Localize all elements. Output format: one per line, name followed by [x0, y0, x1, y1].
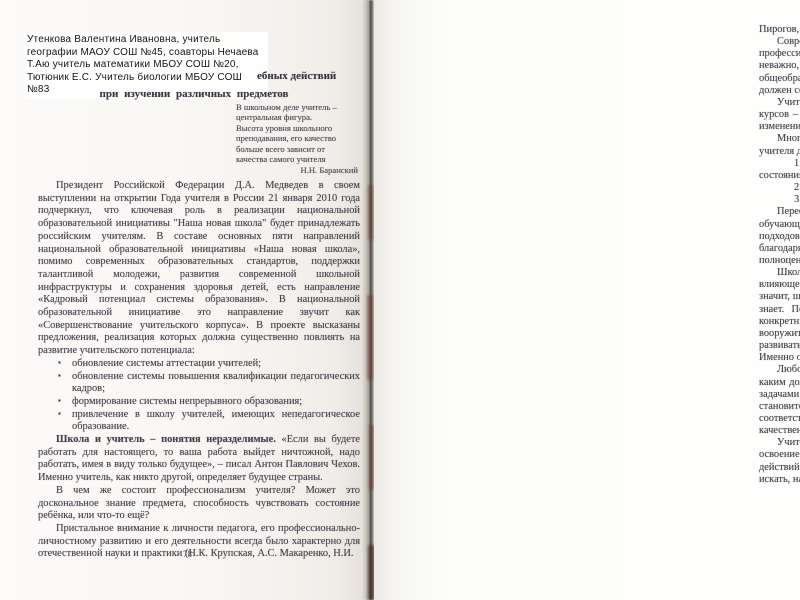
author-overlay-line: Т.Аю учитель математики МБОУ СОШ №20, — [27, 59, 239, 70]
paragraph: Учитель школы – это автор-разработчик пр… — [759, 97, 800, 133]
paragraph: Переориентация процесса обучения на новы… — [759, 206, 800, 267]
paragraph: Школа и учитель – понятия неразделимые. … — [38, 434, 360, 485]
bullet-item: обновление системы повышения квалификаци… — [72, 371, 360, 396]
article-title-fragment: ебных действий — [257, 70, 336, 82]
paragraph: Школа сегодня стремительно меняется. Гла… — [759, 267, 800, 364]
article-title-line2: при изучении различных предметов — [44, 88, 344, 100]
bullet-list: обновление системы аттестации учителей;о… — [38, 358, 360, 434]
author-overlay-line: Тютюник Е.С. Учитель биологии МБОУ СОШ — [27, 72, 242, 83]
bullet-item: формирование системы непрерывного образо… — [72, 396, 360, 409]
paragraph-bold-lead: Школа и учитель – понятия неразделимые. — [56, 434, 276, 445]
paragraph: Президент Российской Федерации Д.А. Медв… — [38, 180, 360, 358]
left-page-body: Президент Российской Федерации Д.А. Медв… — [38, 180, 360, 561]
paragraph: Любой учитель, идя на урок, несет в свое… — [759, 364, 800, 437]
epigraph-line: больше всего зависит от — [236, 144, 325, 154]
author-overlay-line: Утенкова Валентина Ивановна, учитель — [27, 34, 220, 45]
numbered-item: 3. быть мотивированным к совершенствован… — [759, 194, 800, 206]
numbered-item: 2. владеть передовыми методиками; — [759, 182, 800, 194]
paragraph: В чем же состоит профессионализм учителя… — [38, 485, 360, 523]
scan-artifact — [367, 295, 373, 380]
scan-artifact — [368, 185, 373, 240]
page-number-left: 78 — [183, 549, 192, 559]
epigraph-line: Высота уровня школьного — [236, 123, 332, 133]
epigraph-text: В школьном деле учитель –центральная фиг… — [236, 102, 358, 164]
author-overlay-line: географии МАОУ СОШ №45, соавторы Нечаева — [27, 47, 259, 58]
numbered-item: 1. осознавать имеющиеся у них недостатки… — [759, 158, 800, 182]
paragraph: Многолетний опыт подсказывает, что для с… — [759, 133, 800, 157]
epigraph-line: В школьном деле учитель – — [236, 102, 337, 112]
epigraph-line: центральная фигура. — [236, 112, 312, 122]
page-left: Утенкова Валентина Ивановна, учительгеог… — [0, 0, 368, 600]
book-scan: Утенкова Валентина Ивановна, учительгеог… — [0, 0, 800, 600]
epigraph-line: преподавания, его качество — [236, 133, 336, 143]
paragraph: Современная школа требует от учителя пос… — [759, 36, 800, 97]
bullet-item: обновление системы аттестации учителей; — [72, 358, 360, 371]
page-right: Пирогов, В.А. Сухомлинский, Л.Н. Толстой… — [374, 0, 800, 600]
epigraph-author: Н.Н. Баранский — [236, 165, 358, 175]
epigraph-line: качества самого учителя — [236, 154, 326, 164]
paragraph: Пирогов, В.А. Сухомлинский, Л.Н. Толстой… — [759, 24, 800, 36]
right-page-body: Пирогов, В.А. Сухомлинский, Л.Н. Толстой… — [759, 24, 800, 486]
bullet-item: привлечение в школу учителей, имеющих не… — [72, 409, 360, 434]
epigraph: В школьном деле учитель –центральная фиг… — [236, 102, 358, 176]
paragraph: Учителю необходимо организовывать учебны… — [759, 437, 800, 486]
paragraph: Пристальное внимание к личности педагога… — [38, 523, 360, 561]
